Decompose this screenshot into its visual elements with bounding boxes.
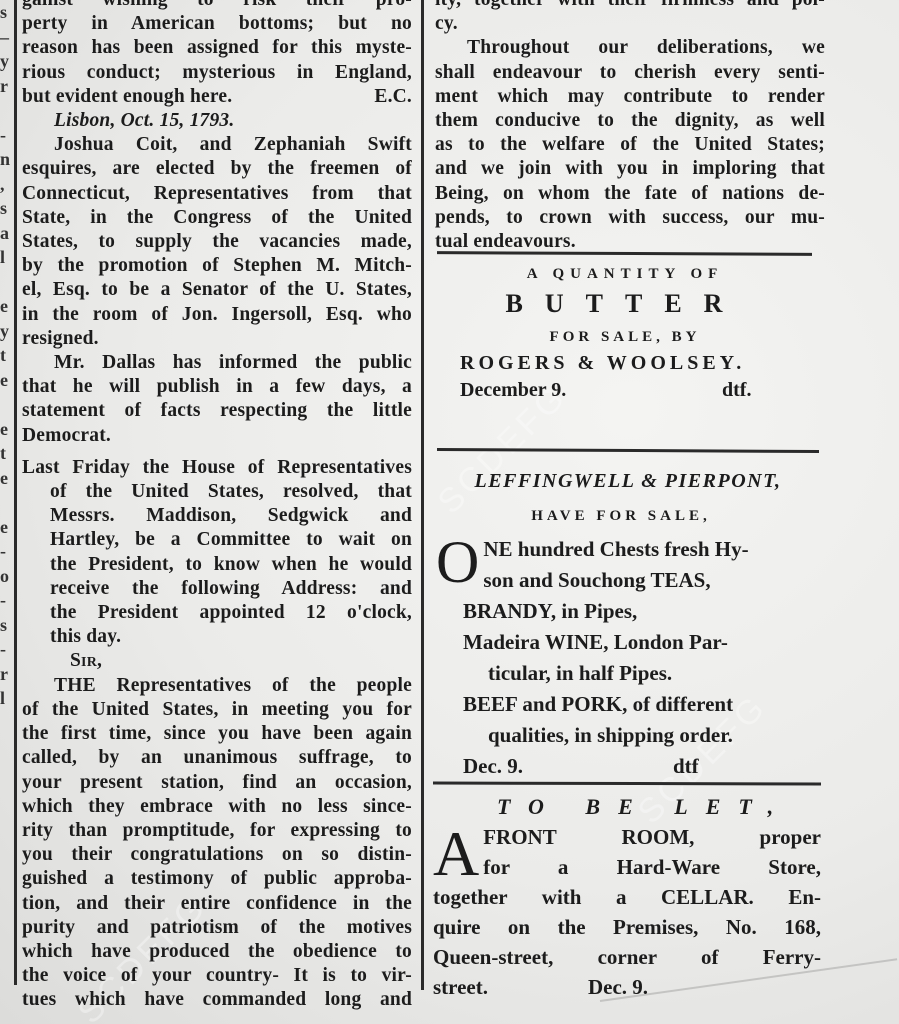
text-line: which have produced the obedience to	[22, 940, 412, 964]
advertisement-butter: A QUANTITY OF BUTTER FOR SALE, BY ROGERS…	[440, 266, 820, 402]
text-line: for a Hard-Ware Store,	[433, 852, 821, 882]
left-column: gainst wishing to risk their pro- perty …	[22, 0, 412, 1013]
text-line: your present station, find an occasion,	[22, 771, 412, 795]
text-line: THE Representatives of the people	[22, 674, 412, 698]
text-line: Connecticut, Representatives from that	[22, 182, 412, 206]
text-line: of the United States, resolved, that	[22, 480, 412, 504]
text-line: as to the welfare of the United States;	[435, 133, 825, 157]
text-line-with-signature: but evident enough here. E.C.	[22, 85, 412, 109]
text-line: tues which have commanded long and	[22, 988, 412, 1012]
text-line: Queen-street, corner of Ferry-	[433, 942, 821, 972]
ad-date: Dec. 9.	[588, 972, 648, 1002]
ad-footer: Dec. 9. dtf	[436, 751, 820, 782]
advertisement-teas: LEFFINGWELL & PIERPONT, HAVE FOR SALE, O…	[436, 466, 820, 782]
text-line: ticular, in half Pipes.	[436, 658, 820, 689]
text-line: of the United States, in meeting you for	[22, 698, 412, 722]
ad-separator-rule	[437, 448, 819, 453]
text-line: rious conduct; mysterious in England,	[22, 61, 412, 85]
ad-separator-rule	[433, 781, 821, 785]
text-line: Madeira WINE, London Par-	[436, 627, 820, 658]
text-line: rity than promptitude, for expressing to	[22, 819, 412, 843]
drop-cap: O	[436, 536, 479, 588]
fragment-line: gainst wishing to risk their pro-	[22, 0, 412, 12]
article-house-resolution: Last Friday the House of Representatives…	[22, 456, 412, 650]
ad-merchant: LEFFINGWELL & PIERPONT,	[436, 466, 820, 497]
text-line: statement of facts respecting the little	[22, 399, 412, 423]
text-line: together with a CELLAR. En-	[433, 882, 821, 912]
ad-date: December 9.	[460, 379, 722, 402]
text-line: ment which may contribute to render	[435, 85, 825, 109]
text-line: that he will publish in a few days, a	[22, 375, 412, 399]
address-to-president: THE Representatives of the people of the…	[22, 674, 412, 1013]
text-line: Being, on whom the fate of nations de-	[435, 182, 825, 206]
ad-separator-rule	[437, 251, 812, 256]
ad-headline: BUTTER	[430, 289, 820, 319]
column-rule-center	[421, 0, 424, 990]
newspaper-page: SCDEFG SCDEFG SCDEFG s– yr - n, sa l ey …	[0, 0, 899, 1024]
text-line: guished a testimony of public approba-	[22, 867, 412, 891]
ad-subhead: HAVE FOR SALE,	[422, 501, 820, 532]
text-line: States, to supply the vacancies made,	[22, 230, 412, 254]
text-line: receive the following Address: and	[22, 577, 412, 601]
text-line: in the room of Jon. Ingersoll, Esq. who	[22, 303, 412, 327]
text-line: cy.	[435, 12, 825, 36]
text-line: and we join with you in imploring that	[435, 157, 825, 181]
text-line: Democrat.	[22, 424, 412, 448]
adjacent-column-fragment: s– yr - n, sa l ey te e te e -o -s -r l	[0, 0, 12, 990]
salutation: Sir,	[22, 649, 412, 673]
column-rule-left	[14, 0, 17, 985]
ad-headline: TO BE LET,	[433, 792, 821, 822]
signature: E.C.	[374, 85, 412, 109]
text-line: Mr. Dallas has informed the public	[22, 351, 412, 375]
text-line: but evident enough here.	[22, 85, 232, 109]
text-line: qualities, in shipping order.	[436, 720, 820, 751]
text-line: the President appointed 12 o'clock,	[22, 601, 412, 625]
article-dallas: Mr. Dallas has informed the public that …	[22, 351, 412, 448]
text-line: State, in the Congress of the United	[22, 206, 412, 230]
text-line: BRANDY, in Pipes,	[436, 596, 820, 627]
text-line: el, Esq. to be a Senator of the U. State…	[22, 278, 412, 302]
text-line: the first time, since you have been agai…	[22, 722, 412, 746]
text-line: NE hundred Chests fresh Hy-	[436, 534, 820, 565]
text-line: called, by an unanimous suffrage, to	[22, 746, 412, 770]
advertisement-to-let: TO BE LET, A FRONT ROOM, proper for a Ha…	[433, 792, 821, 1002]
ad-footer: December 9. dtf.	[460, 379, 820, 402]
text-line: them conducive to the dignity, as well	[435, 109, 825, 133]
text-line: Last Friday the House of Representatives	[22, 456, 412, 480]
ad-date: Dec. 9.	[463, 751, 673, 782]
text-line: street.	[433, 972, 588, 1002]
text-line: BEEF and PORK, of different	[436, 689, 820, 720]
ad-intro: A QUANTITY OF	[430, 266, 820, 283]
text-line: shall endeavour to cherish every senti-	[435, 61, 825, 85]
text-line: son and Souchong TEAS,	[436, 565, 820, 596]
text-line: Joshua Coit, and Zephaniah Swift	[22, 133, 412, 157]
right-column-address-continued: ity, together with their firmness and po…	[435, 0, 825, 254]
text-line: resigned.	[22, 327, 412, 351]
text-line: perty in American bottoms; but no	[22, 12, 412, 36]
text-line: tion, and their entire confidence in the	[22, 892, 412, 916]
text-line: Hartley, be a Committee to wait on	[22, 528, 412, 552]
text-line: you their congratulations on so distin-	[22, 843, 412, 867]
ad-merchant: ROGERS & WOOLSEY.	[460, 352, 820, 375]
text-line: reason has been assigned for this myste-	[22, 36, 412, 60]
text-line: pends, to crown with success, our mu-	[435, 206, 825, 230]
fragment-line: ity, together with their firmness and po…	[435, 0, 825, 12]
text-line: the voice of your country- It is to vir-	[22, 964, 412, 988]
article-coit-swift: Joshua Coit, and Zephaniah Swift esquire…	[22, 133, 412, 351]
text-line: FRONT ROOM, proper	[433, 822, 821, 852]
text-line: purity and patriotism of the motives	[22, 916, 412, 940]
ad-subhead: FOR SALE, BY	[430, 329, 820, 346]
drop-cap: A	[433, 826, 479, 882]
dateline: Lisbon, Oct. 15, 1793.	[22, 109, 412, 133]
ad-footer: street. Dec. 9.	[433, 972, 821, 1002]
ad-code: dtf	[673, 751, 699, 782]
text-line: Messrs. Maddison, Sedgwick and	[22, 504, 412, 528]
ad-body: A FRONT ROOM, proper for a Hard-Ware Sto…	[433, 822, 821, 1002]
text-line: quire on the Premises, No. 168,	[433, 912, 821, 942]
ad-body: O NE hundred Chests fresh Hy- son and So…	[436, 534, 820, 782]
text-line: esquires, are elected by the freemen of	[22, 157, 412, 181]
text-line: which they embrace with no less since-	[22, 795, 412, 819]
ad-code: dtf.	[722, 379, 751, 402]
text-line: Throughout our deliberations, we	[435, 36, 825, 60]
text-line: this day.	[22, 625, 412, 649]
text-line: the President, to know when he would	[22, 553, 412, 577]
text-line: by the promotion of Stephen M. Mitch-	[22, 254, 412, 278]
